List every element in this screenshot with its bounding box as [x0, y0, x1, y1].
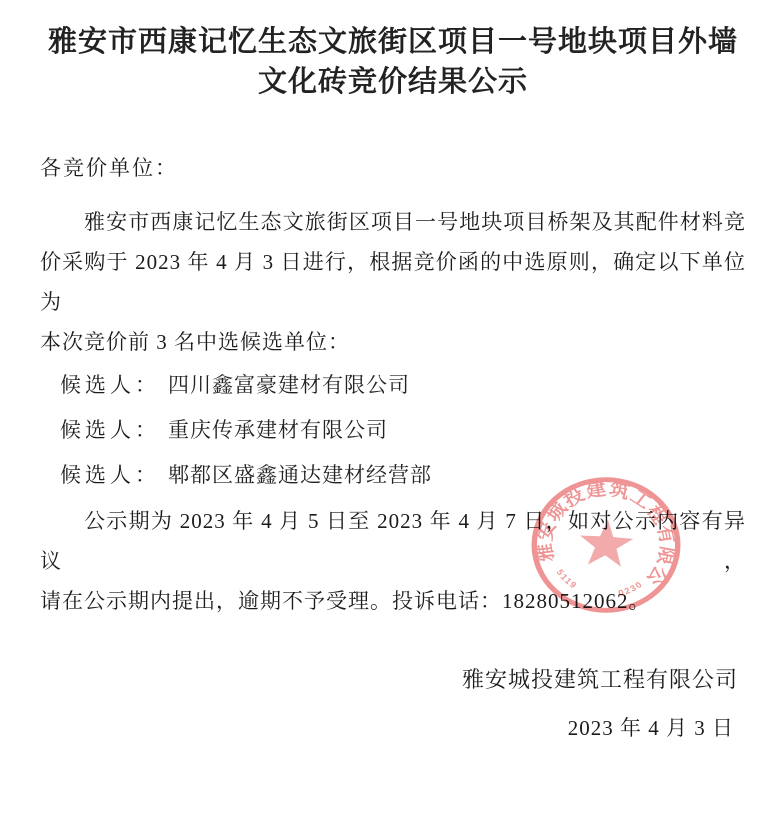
- document-title-line-1: 雅安市西康记忆生态文旅街区项目一号地块项目外墙: [40, 22, 746, 62]
- paragraph-publicity-period: 公示期为 2023 年 4 月 5 日至 2023 年 4 月 7 日，如对公示…: [40, 501, 746, 621]
- candidate-name: 重庆传承建材有限公司: [168, 419, 388, 442]
- signature-company: 雅安城投建筑工程有限公司: [40, 663, 746, 694]
- paragraph2-line-2: 请在公示期内提出，逾期不予受理。投诉电话：18280512062。: [40, 581, 746, 621]
- document-title: 雅安市西康记忆生态文旅街区项目一号地块项目外墙 文化砖竞价结果公示: [40, 22, 746, 102]
- candidate-row-2: 候选人：重庆传承建材有限公司: [60, 417, 746, 444]
- paragraph1-line-2: 价采购于 2023 年 4 月 3 日进行，根据竞价函的中选原则，确定以下单位为: [40, 242, 746, 322]
- paragraph2-line-1: 公示期为 2023 年 4 月 5 日至 2023 年 4 月 7 日，如对公示…: [40, 501, 746, 581]
- document-content: 雅安市西康记忆生态文旅街区项目一号地块项目外墙 文化砖竞价结果公示 各竞价单位：…: [40, 0, 746, 742]
- candidate-list: 候选人：四川鑫富豪建材有限公司 候选人：重庆传承建材有限公司 候选人：郫都区盛鑫…: [60, 372, 746, 489]
- candidate-label: 候选人：: [60, 418, 160, 442]
- candidate-name: 郫都区盛鑫通达建材经营部: [168, 464, 432, 487]
- candidate-row-1: 候选人：四川鑫富豪建材有限公司: [60, 372, 746, 399]
- document-title-line-2: 文化砖竞价结果公示: [40, 62, 746, 102]
- paragraph1-line-3: 本次竞价前 3 名中选候选单位：: [40, 322, 746, 362]
- paragraph1-line-1: 雅安市西康记忆生态文旅街区项目一号地块项目桥架及其配件材料竞: [40, 202, 746, 242]
- candidate-name: 四川鑫富豪建材有限公司: [168, 374, 410, 397]
- salutation: 各竞价单位：: [40, 152, 746, 182]
- paragraph-bidding-result: 雅安市西康记忆生态文旅街区项目一号地块项目桥架及其配件材料竞 价采购于 2023…: [40, 202, 746, 362]
- notice-document-page: 雅安市西康记忆生态文旅街区项目一号地块项目外墙 文化砖竞价结果公示 各竞价单位：…: [0, 0, 784, 814]
- candidate-label: 候选人：: [60, 373, 160, 397]
- candidate-row-3: 候选人：郫都区盛鑫通达建材经营部: [60, 462, 746, 489]
- candidate-label: 候选人：: [60, 463, 160, 487]
- signature-date: 2023 年 4 月 3 日: [40, 712, 746, 742]
